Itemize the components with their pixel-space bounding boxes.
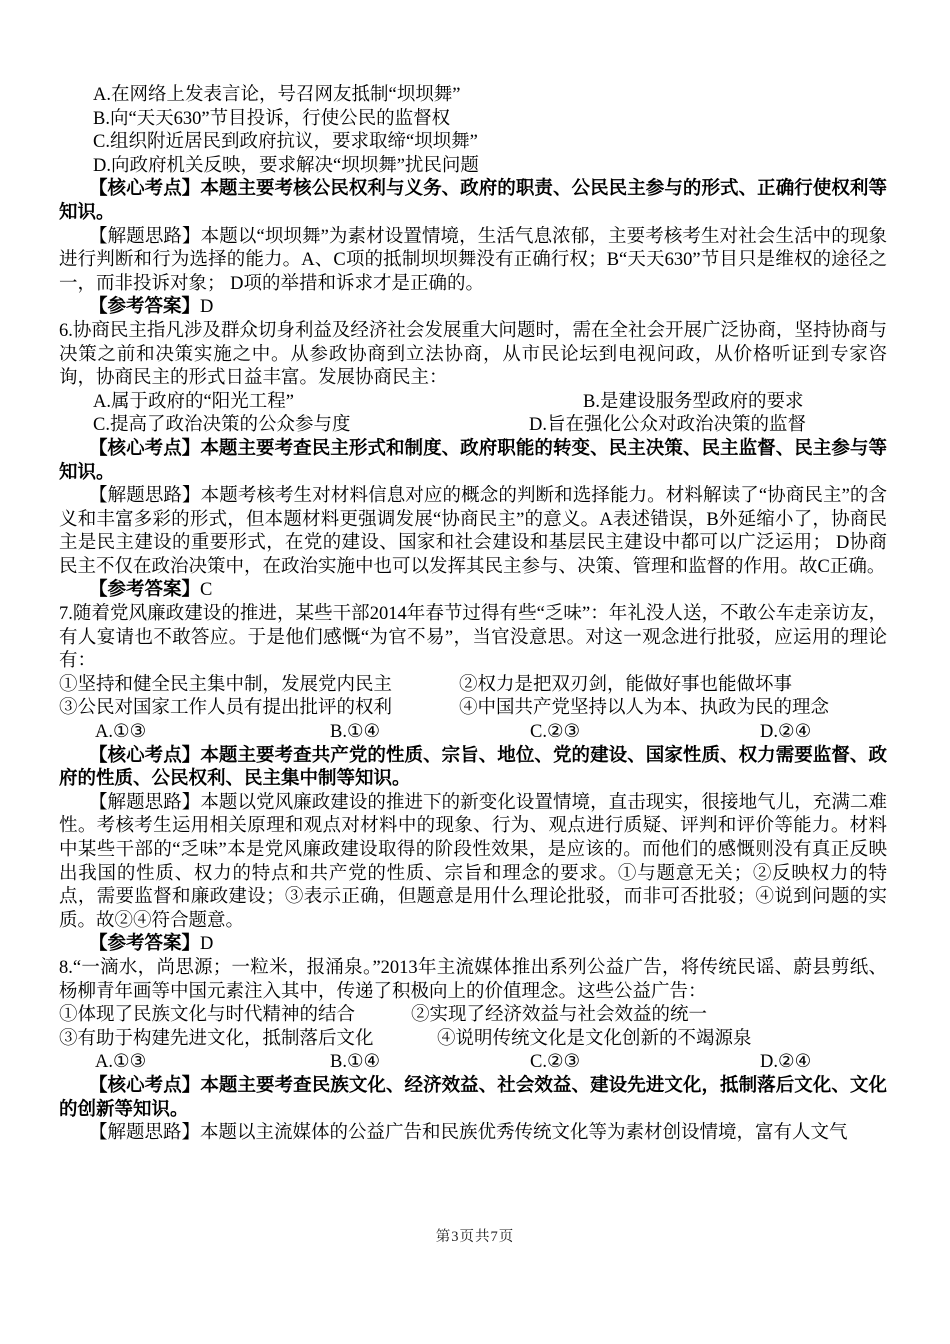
q5-option-d: D.向政府机关反映，要求解决“坝坝舞”扰民问题 bbox=[59, 155, 887, 179]
q7-option-d: D.②④ bbox=[760, 721, 811, 745]
q5-answer-label: 【参考答案】 bbox=[89, 297, 200, 317]
q7-item-2: ②权力是把双刃剑，能做好事也能做坏事 bbox=[459, 674, 792, 698]
q5-core-point: 【核心考点】本题主要考核公民权利与义务、政府的职责、公民民主参与的形式、正确行使… bbox=[59, 178, 887, 225]
q5-option-c: C.组织附近居民到政府抗议，要求取缔“坝坝舞” bbox=[59, 131, 887, 155]
q8-option-c: C.②③ bbox=[530, 1051, 760, 1075]
q7-answer-value: D bbox=[200, 934, 213, 954]
q7-answer: 【参考答案】D bbox=[59, 933, 887, 957]
page-footer: 第3页共7页 bbox=[0, 1225, 950, 1246]
q7-answer-label: 【参考答案】 bbox=[89, 934, 200, 954]
q5-option-a: A.在网络上发表言论，号召网友抵制“坝坝舞” bbox=[59, 84, 887, 108]
q7-options-row: A.①③ B.①④ C.②③ D.②④ bbox=[59, 721, 887, 745]
q6-option-b: B.是建设服务型政府的要求 bbox=[583, 391, 803, 415]
q7-item-1: ①坚持和健全民主集中制，发展党内民主 bbox=[59, 674, 459, 698]
q6-analysis: 【解题思路】本题考核考生对材料信息对应的概念的判断和选择能力。材料解读了“协商民… bbox=[59, 485, 887, 579]
document-content: A.在网络上发表言论，号召网友抵制“坝坝舞” B.向“天天630”节目投诉，行使… bbox=[59, 84, 887, 1146]
q7-option-a: A.①③ bbox=[95, 721, 330, 745]
q6-option-c: C.提高了政治决策的公众参与度 bbox=[93, 414, 529, 438]
q8-items-row-2: ③有助于构建先进文化，抵制落后文化 ④说明传统文化是文化创新的不竭源泉 bbox=[59, 1028, 887, 1052]
q7-items-row-2: ③公民对国家工作人员有提出批评的权利 ④中国共产党坚持以人为本、执政为民的理念 bbox=[59, 697, 887, 721]
q8-option-b: B.①④ bbox=[330, 1051, 530, 1075]
q5-answer: 【参考答案】D bbox=[59, 296, 887, 320]
q6-answer: 【参考答案】C bbox=[59, 579, 887, 603]
q6-answer-value: C bbox=[200, 580, 212, 600]
q7-option-b: B.①④ bbox=[330, 721, 530, 745]
q8-item-3: ③有助于构建先进文化，抵制落后文化 bbox=[59, 1028, 437, 1052]
q6-options-row-2: C.提高了政治决策的公众参与度 D.旨在强化公众对政治决策的监督 bbox=[59, 414, 887, 438]
q6-option-d: D.旨在强化公众对政治决策的监督 bbox=[529, 414, 806, 438]
q6-answer-label: 【参考答案】 bbox=[89, 580, 200, 600]
q7-core-point: 【核心考点】本题主要考查共产党的性质、宗旨、地位、党的建设、国家性质、权力需要监… bbox=[59, 745, 887, 792]
q6-stem: 6.协商民主指凡涉及群众切身利益及经济社会发展重大问题时，需在全社会开展广泛协商… bbox=[59, 320, 887, 391]
q8-core-point: 【核心考点】本题主要考查民族文化、经济效益、社会效益、建设先进文化，抵制落后文化… bbox=[59, 1075, 887, 1122]
q8-item-2: ②实现了经济效益与社会效益的统一 bbox=[411, 1004, 707, 1028]
q8-item-1: ①体现了民族文化与时代精神的结合 bbox=[59, 1004, 411, 1028]
q7-item-3: ③公民对国家工作人员有提出批评的权利 bbox=[59, 697, 459, 721]
q8-analysis: 【解题思路】本题以主流媒体的公益广告和民族优秀传统文化等为素材创设情境，富有人文… bbox=[59, 1122, 887, 1146]
q8-options-row: A.①③ B.①④ C.②③ D.②④ bbox=[59, 1051, 887, 1075]
q8-option-a: A.①③ bbox=[95, 1051, 330, 1075]
document-page: A.在网络上发表言论，号召网友抵制“坝坝舞” B.向“天天630”节目投诉，行使… bbox=[0, 0, 950, 1344]
q7-analysis: 【解题思路】本题以党风廉政建设的推进下的新变化设置情境，直击现实，很接地气儿，充… bbox=[59, 792, 887, 934]
q6-core-point: 【核心考点】本题主要考查民主形式和制度、政府职能的转变、民主决策、民主监督、民主… bbox=[59, 438, 887, 485]
q7-option-c: C.②③ bbox=[530, 721, 760, 745]
q7-stem: 7.随着党风廉政建设的推进，某些干部2014年春节过得有些“乏味”：年礼没人送，… bbox=[59, 603, 887, 674]
q8-item-4: ④说明传统文化是文化创新的不竭源泉 bbox=[437, 1028, 752, 1052]
q6-option-a: A.属于政府的“阳光工程” bbox=[93, 391, 583, 415]
q8-option-d: D.②④ bbox=[760, 1051, 811, 1075]
q7-items-row-1: ①坚持和健全民主集中制，发展党内民主 ②权力是把双刃剑，能做好事也能做坏事 bbox=[59, 674, 887, 698]
q7-item-4: ④中国共产党坚持以人为本、执政为民的理念 bbox=[459, 697, 829, 721]
q5-analysis: 【解题思路】本题以“坝坝舞”为素材设置情境，生活气息浓郁，主要考核考生对社会生活… bbox=[59, 226, 887, 297]
q8-stem: 8.“一滴水，尚思源；一粒米，报涌泉。”2013年主流媒体推出系列公益广告，将传… bbox=[59, 957, 887, 1004]
q6-options-row-1: A.属于政府的“阳光工程” B.是建设服务型政府的要求 bbox=[59, 391, 887, 415]
q8-items-row-1: ①体现了民族文化与时代精神的结合 ②实现了经济效益与社会效益的统一 bbox=[59, 1004, 887, 1028]
q5-answer-value: D bbox=[200, 297, 213, 317]
q5-option-b: B.向“天天630”节目投诉，行使公民的监督权 bbox=[59, 108, 887, 132]
